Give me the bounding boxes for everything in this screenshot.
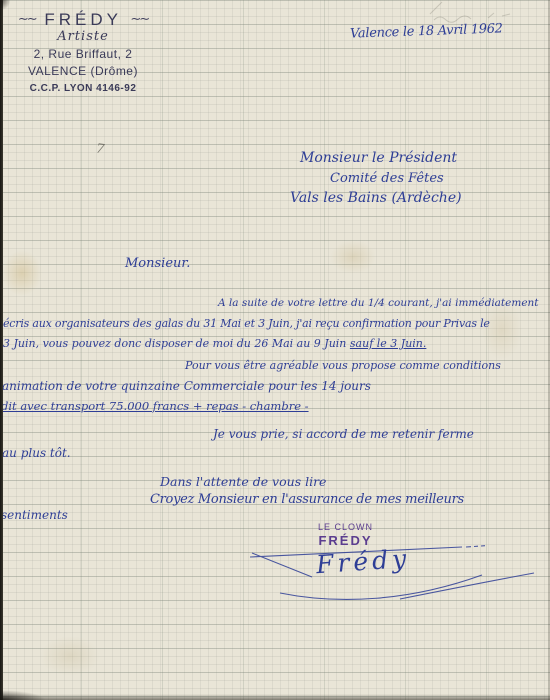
signature-block: Frédy bbox=[250, 535, 540, 605]
letter-page: ∼∼ FRÉDY ∼∼ Artiste 2, Rue Briffaut, 2 V… bbox=[0, 0, 550, 700]
body-line-3-text: 3 Juin, vous pouvez donc disposer de moi… bbox=[3, 337, 350, 350]
recipient-line-2: Comité des Fêtes bbox=[330, 171, 444, 186]
closing-line-2: Croyez Monsieur en l'assurance de mes me… bbox=[150, 492, 464, 507]
recipient-line-3: Vals les Bains (Ardèche) bbox=[290, 190, 462, 206]
body-line-4: Pour vous être agréable vous propose com… bbox=[185, 359, 501, 372]
pencil-mark: 7 bbox=[95, 141, 105, 157]
body-line-3: 3 Juin, vous pouvez donc disposer de moi… bbox=[3, 337, 426, 350]
scan-corner-bottom-left bbox=[0, 690, 46, 700]
body-line-2: écris aux organisateurs des galas du 31 … bbox=[3, 317, 490, 330]
letterhead-ornament-right: ∼∼ bbox=[130, 11, 148, 26]
body-line-5: animation de votre quinzaine Commerciale… bbox=[2, 379, 371, 393]
salutation: Monsieur. bbox=[125, 256, 190, 271]
letterhead: ∼∼ FRÉDY ∼∼ Artiste 2, Rue Briffaut, 2 V… bbox=[8, 10, 158, 94]
paper-stain bbox=[330, 240, 376, 274]
letterhead-title: Artiste bbox=[8, 29, 158, 44]
scan-edge-left bbox=[0, 0, 3, 700]
body-line-3-underlined: sauf le 3 Juin. bbox=[350, 337, 426, 350]
scan-corner-top-left bbox=[0, 0, 10, 10]
recipient-line-1: Monsieur le Président bbox=[300, 150, 457, 166]
body-line-6-underlined: dit avec transport 75.000 francs + repas… bbox=[1, 399, 309, 413]
paper-stain bbox=[2, 250, 42, 296]
paper-stain bbox=[40, 636, 100, 676]
letterhead-ccp: C.C.P. LYON 4146-92 bbox=[8, 83, 158, 94]
letterhead-name-text: FRÉDY bbox=[44, 10, 121, 29]
letterhead-name: ∼∼ FRÉDY ∼∼ bbox=[8, 10, 158, 30]
closing-line-1: Dans l'attente de vous lire bbox=[160, 474, 326, 489]
letterhead-address-city: VALENCE (Drôme) bbox=[8, 64, 158, 78]
closing-line-3: sentiments bbox=[1, 508, 68, 522]
body-line-7: Je vous prie, si accord de me retenir fe… bbox=[213, 427, 474, 441]
body-line-8: au plus tôt. bbox=[2, 446, 71, 460]
date-line: Valence le 18 Avril 1962 bbox=[350, 21, 503, 41]
letterhead-ornament-left: ∼∼ bbox=[18, 11, 36, 26]
clown-stamp-line-1: LE CLOWN bbox=[318, 522, 373, 532]
paper-stain bbox=[482, 300, 522, 360]
scan-edge-bottom bbox=[0, 694, 550, 700]
body-line-1: A la suite de votre lettre du 1/4 couran… bbox=[218, 297, 539, 309]
letterhead-address-street: 2, Rue Briffaut, 2 bbox=[8, 47, 158, 61]
